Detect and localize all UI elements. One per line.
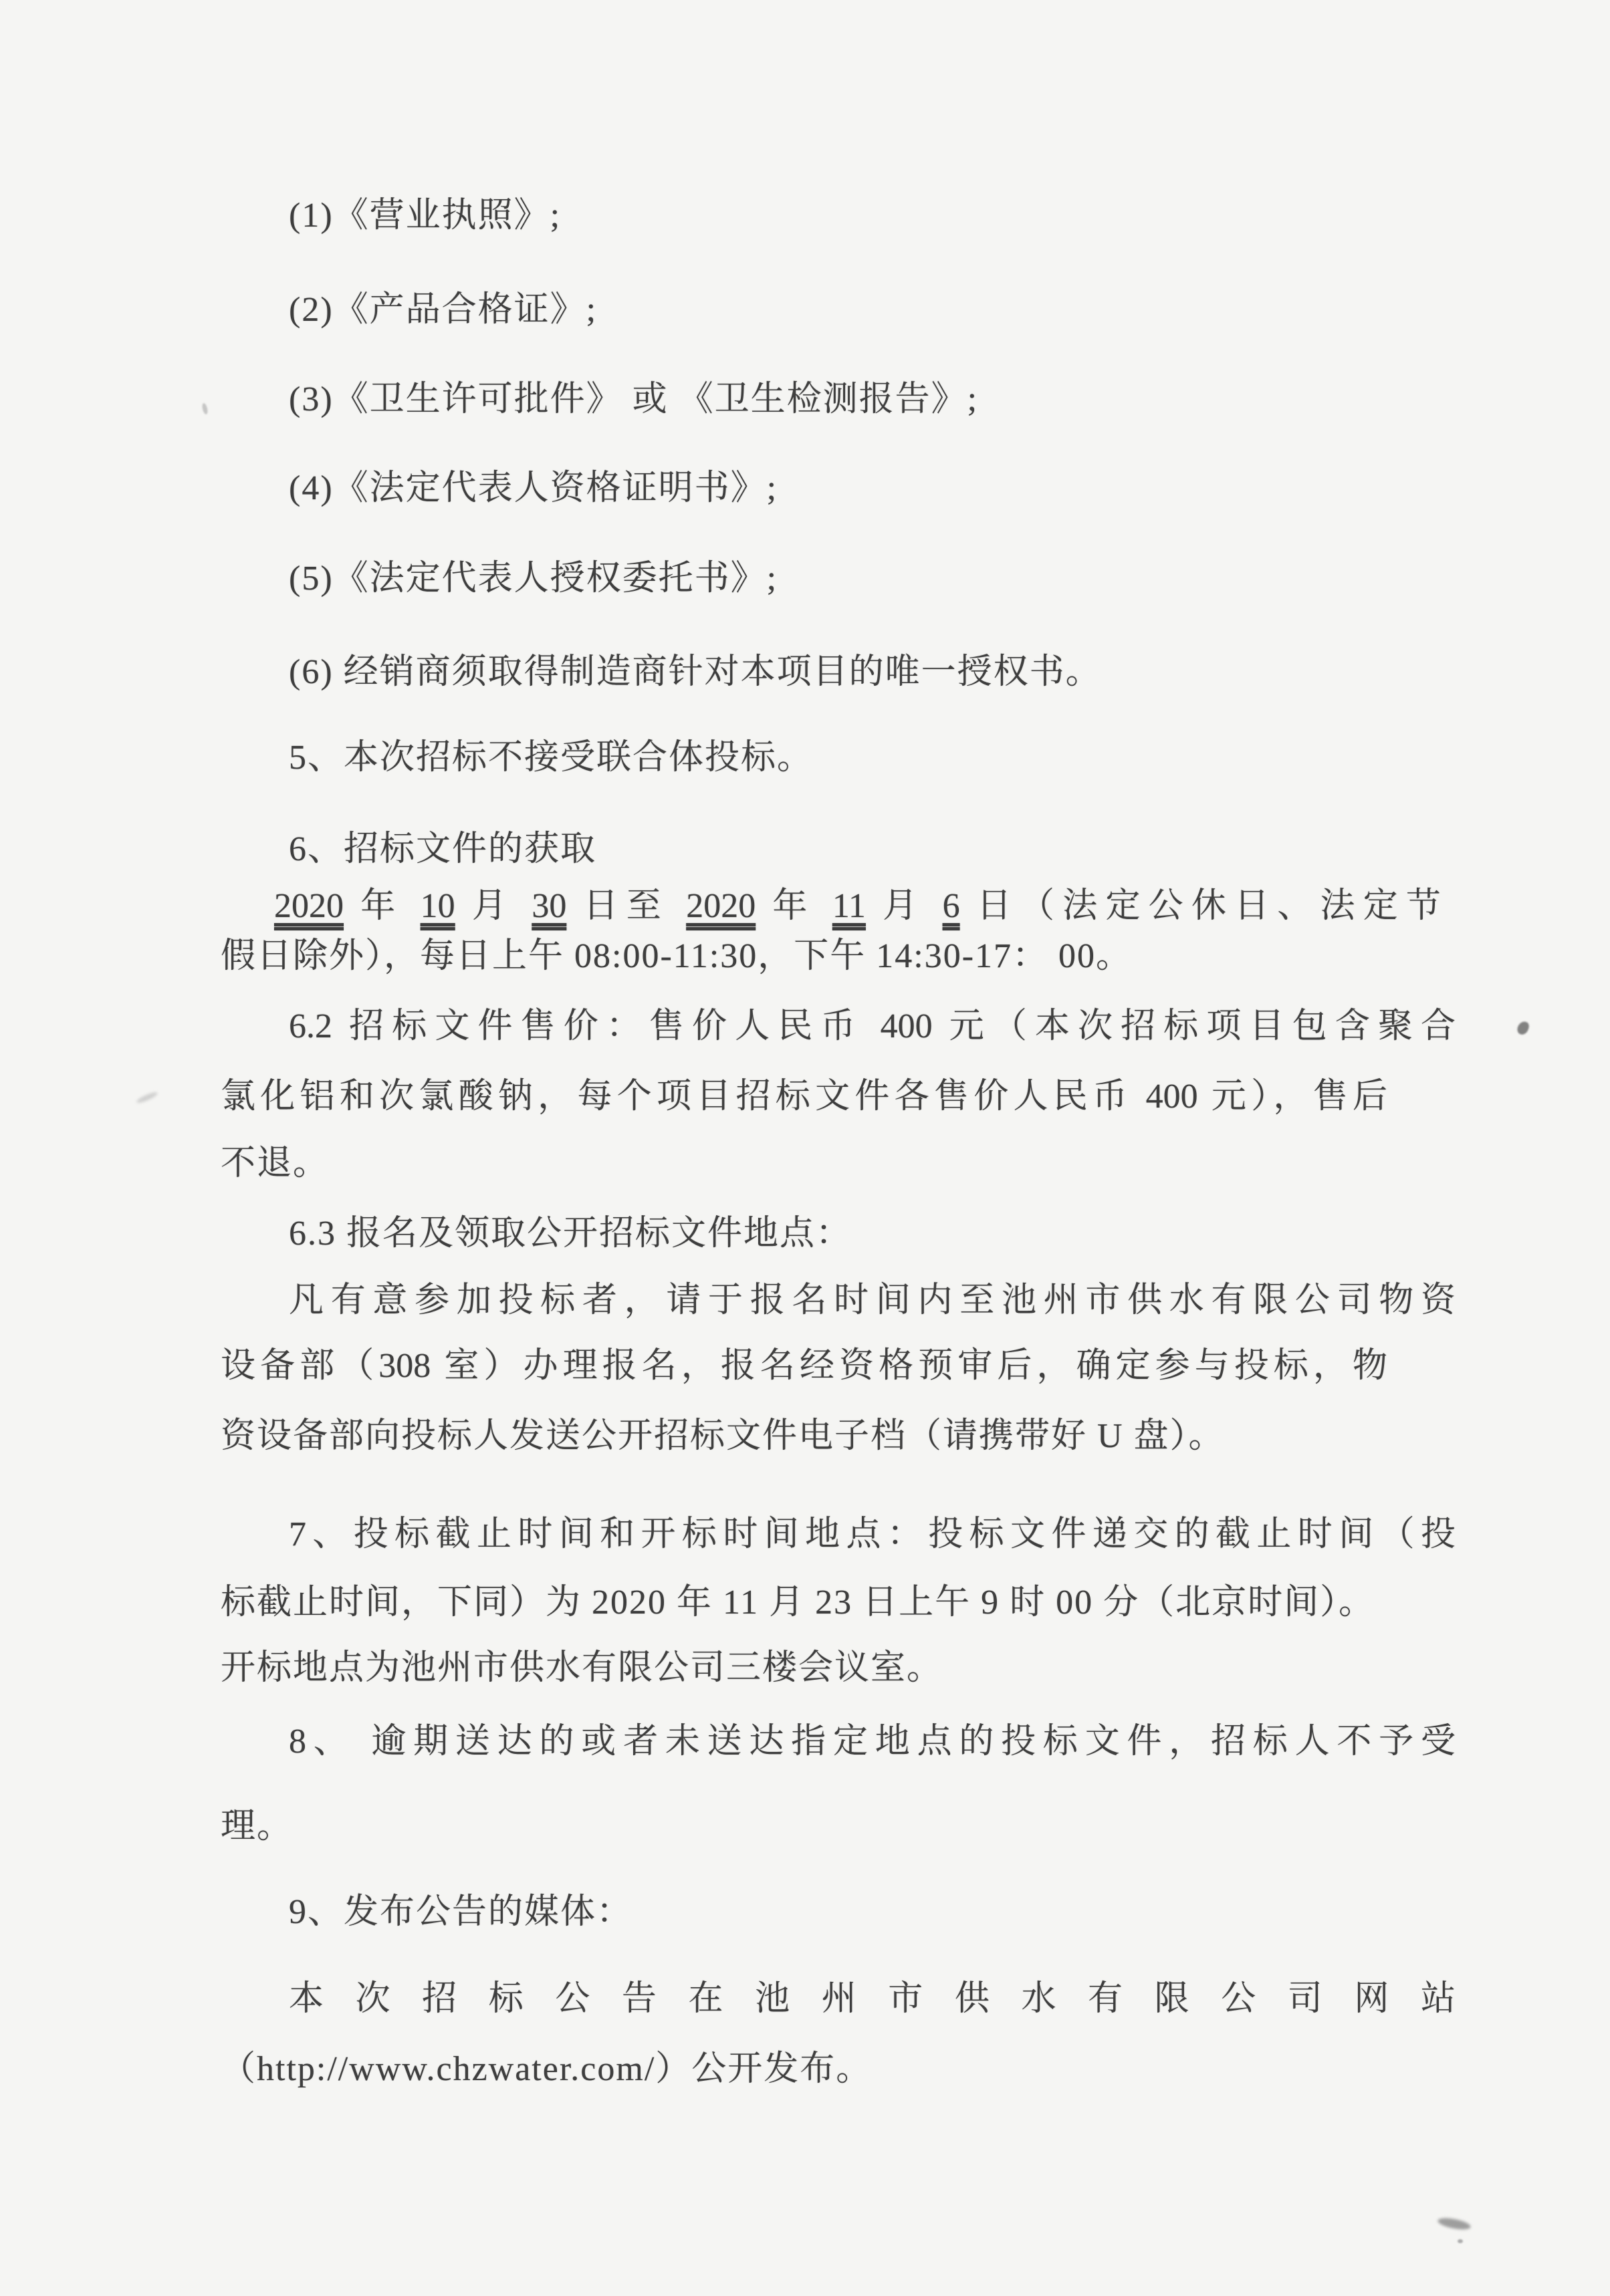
clause-9-title: 9、发布公告的媒体： — [221, 1890, 1456, 1934]
date-range-line: 2020 年 10 月 30 日至 2020 年 11 月 6 日（法定公休日、… — [221, 884, 1441, 928]
signup-paragraph-line-1: 凡有意参加投标者，请于报名时间内至池州市供水有限公司物资 — [221, 1279, 1456, 1323]
signup-paragraph-line-3: 资设备部向投标人发送公开招标文件电子档（请携带好 U 盘）。 — [221, 1414, 1387, 1458]
scan-artifact-speck-right — [1516, 1020, 1530, 1036]
clause-5: 5、本次招标不接受联合体投标。 — [221, 736, 1456, 780]
clause-6-3: 6.3 报名及领取公开招标文件地点： — [221, 1212, 1456, 1256]
date-sep-3: 日至 — [566, 887, 686, 925]
clause-8-line-1: 8、 逾期送达的或者未送达指定地点的投标文件，招标人不予受 — [221, 1720, 1456, 1764]
clause-7-line-2: 标截止时间，下同）为 2020 年 11 月 23 日上午 9 时 00 分（北… — [221, 1581, 1387, 1625]
clause-7-line-3: 开标地点为池州市供水有限公司三楼会议室。 — [221, 1646, 1387, 1690]
price-line-3: 不退。 — [221, 1142, 1387, 1186]
scan-artifact-smudge-bottom — [1437, 2216, 1472, 2231]
list-item-3: (3)《卫生许可批件》 或 《卫生检测报告》; — [221, 378, 1456, 422]
date-sep-5: 月 — [866, 887, 943, 925]
date-day-2: 6 — [943, 887, 960, 925]
scan-artifact-mark-left — [201, 402, 209, 414]
date-sep-4: 年 — [756, 887, 832, 925]
clause-7-line-1: 7、投标截止时间和开标时间地点：投标文件递交的截止时间（投 — [221, 1513, 1456, 1557]
list-item-6: (6) 经销商须取得制造商针对本项目的唯一授权书。 — [221, 650, 1456, 694]
price-line-1: 6.2 招标文件售价：售价人民币 400 元（本次招标项目包含聚合 — [221, 1005, 1456, 1049]
date-day-1: 30 — [532, 887, 566, 925]
date-year-1: 2020 — [274, 887, 344, 925]
date-month-1: 10 — [421, 887, 455, 925]
signup-paragraph-line-2: 设备部（308 室）办理报名，报名经资格预审后，确定参与投标，物 — [221, 1344, 1387, 1388]
date-sep-1: 年 — [344, 887, 421, 925]
date-month-2: 11 — [832, 887, 866, 925]
scanned-document-page: (1)《营业执照》; (2)《产品合格证》; (3)《卫生许可批件》 或 《卫生… — [0, 0, 1610, 2296]
list-item-2: (2)《产品合格证》; — [221, 288, 1456, 332]
date-sep-2: 月 — [455, 887, 532, 925]
list-item-4: (4)《法定代表人资格证明书》; — [221, 467, 1456, 511]
clause-6-title: 6、招标文件的获取 — [221, 827, 1456, 872]
clause-8-line-2: 理。 — [221, 1805, 1387, 1849]
website-url-line: （http://www.chzwater.com/）公开发布。 — [221, 2047, 1387, 2091]
list-item-1: (1)《营业执照》; — [221, 194, 1456, 238]
date-year-2: 2020 — [686, 887, 756, 925]
price-line-2: 氯化铝和次氯酸钠，每个项目招标文件各售价人民币 400 元），售后 — [221, 1075, 1387, 1119]
announcement-media-line: 本次招标公告在池州市供水有限公司网站 — [221, 1977, 1456, 2021]
scan-artifact-dash-left — [136, 1090, 158, 1104]
date-range-continuation: 假日除外），每日上午 08:00-11:30，下午 14:30-17： 00。 — [221, 934, 1387, 979]
date-tail: 日（法定公休日、法定节 — [960, 887, 1441, 925]
scan-artifact-dot-bottom — [1458, 2239, 1463, 2243]
list-item-5: (5)《法定代表人授权委托书》; — [221, 557, 1456, 601]
